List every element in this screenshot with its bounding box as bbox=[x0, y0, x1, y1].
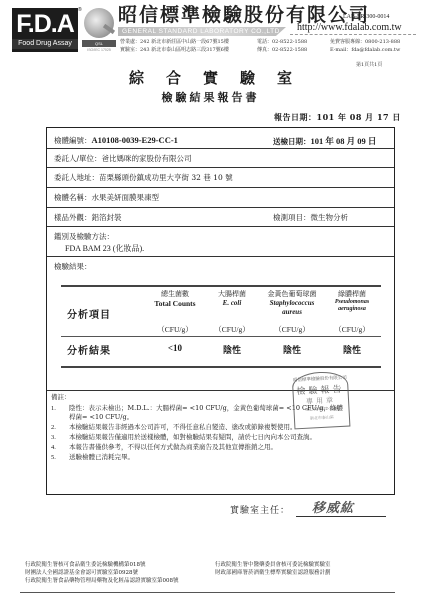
fda-logo-subtext: Food Drug Assay bbox=[12, 39, 78, 49]
phone: 電話：02-8522-1588 bbox=[257, 39, 307, 46]
footer-divider bbox=[20, 592, 395, 593]
registered-mark: ® bbox=[78, 7, 82, 13]
fda-logo-text: F.D.A bbox=[14, 9, 76, 39]
fax: 傳真：02-8522-1588 bbox=[257, 47, 307, 54]
appearance: 樣品外觀：鋁箔封裝 bbox=[54, 212, 122, 223]
table-mid-rule bbox=[61, 336, 381, 337]
q-logo-label: QSL bbox=[82, 40, 116, 47]
page-title: 綜合實驗室 bbox=[0, 67, 421, 88]
report-date-label: 報告日期： bbox=[274, 112, 317, 122]
client-address: 委託人地址：苗栗縣頭份鎮成功里大亨街 32 巷 10 號 bbox=[54, 172, 233, 183]
test-item-value: 微生物分析 bbox=[311, 213, 349, 222]
website-link[interactable]: http://www.fdalab.com.tw bbox=[297, 22, 402, 33]
method-value: FDA BAM 23 (化妝品). bbox=[65, 243, 144, 254]
received-date-value: 101 年 08 月 09 日 bbox=[311, 136, 377, 146]
divider bbox=[47, 256, 394, 257]
q-certification-logo-icon bbox=[84, 8, 114, 38]
letterhead: F.D.A Food Drug Assay ® QSL ISO/IEC 1702… bbox=[0, 0, 421, 56]
toll-free: 免費客服專線：0800-213-888 bbox=[330, 39, 400, 46]
header-divider bbox=[290, 34, 416, 35]
sample-name-value: 水果美妍面膜果凍型 bbox=[92, 193, 160, 202]
page-subtitle: 檢驗結果報告書 bbox=[0, 89, 421, 105]
test-item-label: 檢測項目： bbox=[273, 213, 311, 222]
q-logo-sub: ISO/IEC 17025 bbox=[82, 48, 116, 52]
report-date: 報告日期：101 年 08 月 17 日 bbox=[274, 112, 401, 123]
received-date: 送檢日期：101 年 08 月 09 日 bbox=[273, 135, 376, 147]
client-label: 委託人/單位： bbox=[54, 154, 102, 163]
row-header-results: 分析結果 bbox=[67, 342, 111, 357]
client: 委託人/單位：爸比媽咪的家股份有限公司 bbox=[54, 153, 192, 164]
report-body: 檢體編號：A10108-0039-E29-CC-1 送檢日期：101 年 08 … bbox=[46, 127, 395, 495]
row-header-items: 分析項目 bbox=[67, 306, 111, 321]
signature: 移威紘 bbox=[312, 497, 354, 516]
form-code: LAB-FR-300-0014 bbox=[343, 14, 389, 20]
table-top-rule bbox=[61, 285, 381, 287]
sample-number-label: 檢體編號： bbox=[54, 136, 92, 145]
sample-number: 檢體編號：A10108-0039-E29-CC-1 bbox=[54, 135, 178, 146]
footer-cert-5: 財政部國庫署菸酒衛生標準實驗室認證服務計劃 bbox=[215, 570, 331, 577]
company-name-en: GENERAL STANDARD LABORATORY CO.,LTD. bbox=[118, 27, 286, 36]
notes-label: 備註： bbox=[51, 393, 71, 402]
results-label: 檢驗結果： bbox=[54, 261, 92, 272]
footer-cert-1: 行政院衛生署核可食品衛生委託檢驗機構第018號 bbox=[25, 562, 146, 569]
result-pseudomonas: 陰性 bbox=[317, 343, 387, 356]
sample-name: 檢體名稱：水果美妍面膜果凍型 bbox=[54, 192, 159, 203]
note-3: 3.本檢驗結果報告僅適用於送樣檢體，如對檢驗結果有疑問，請於七日內向本公司查詢。 bbox=[51, 433, 316, 442]
divider bbox=[47, 207, 394, 208]
office-address: 營業處：242 新北市新莊區中山路一段67號15樓 bbox=[120, 39, 229, 46]
footer-cert-3: 行政院衛生署食品藥物管理局藥物及化粧品認證實驗室第008號 bbox=[25, 578, 179, 585]
note-1-cont: 桿菌= <10 CFU/g。 bbox=[69, 413, 133, 422]
column-header-pseudomonas: 綠膿桿菌 Pseudomonas aeruginosa bbox=[317, 290, 387, 313]
note-2: 2.本檢驗結果報告非經過本公司許可，不得任意私自變造、塗改或節錄複製使用。 bbox=[51, 423, 297, 432]
signature-line bbox=[296, 516, 386, 517]
sample-name-label: 檢體名稱： bbox=[54, 193, 92, 202]
note-4: 4.本報告書僅供參考，不得以任何方式做為商業廣告及其他宣傳推銷之用。 bbox=[51, 443, 277, 452]
client-address-value: 苗栗縣頭份鎮成功里大亨街 32 巷 10 號 bbox=[99, 173, 233, 182]
footer-cert-4: 行政院衛生署中醫藥委員會核可委託檢驗實驗室 bbox=[215, 562, 331, 569]
test-item: 檢測項目：微生物分析 bbox=[273, 212, 348, 223]
report-seal-stamp: 昭信標準檢驗股份有限公司 檢驗報告 專用章 TEL:02-8522-1588 新… bbox=[292, 371, 351, 430]
sample-number-value: A10108-0039-E29-CC-1 bbox=[92, 135, 178, 145]
email: E-mail：fda@fdalab.com.tw bbox=[330, 47, 400, 54]
lab-address: 實驗室：243 新北市泰山區明志路三段317號6樓 bbox=[120, 47, 229, 54]
footer-cert-2: 財團法人全國認證基金會認可實驗室第0928號 bbox=[25, 570, 138, 577]
received-date-label: 送檢日期： bbox=[273, 137, 311, 146]
unit-pseudomonas: （CFU/g） bbox=[317, 324, 387, 335]
appearance-value: 鋁箔封裝 bbox=[92, 213, 122, 222]
fda-logo: F.D.A Food Drug Assay bbox=[12, 8, 78, 52]
divider bbox=[47, 167, 394, 168]
divider bbox=[47, 187, 394, 188]
divider bbox=[47, 148, 394, 149]
signature-label: 實驗室主任： bbox=[230, 503, 290, 516]
table-bottom-rule bbox=[61, 366, 381, 368]
divider bbox=[47, 226, 394, 227]
method-label: 鑑別及檢驗方法： bbox=[54, 231, 114, 242]
report-date-value: 101 年 08 月 17 日 bbox=[317, 112, 401, 122]
client-address-label: 委託人地址： bbox=[54, 173, 99, 182]
appearance-label: 樣品外觀： bbox=[54, 213, 92, 222]
client-value: 爸比媽咪的家股份有限公司 bbox=[102, 154, 192, 163]
note-5: 5.送驗檢體已消耗完畢。 bbox=[51, 453, 134, 462]
